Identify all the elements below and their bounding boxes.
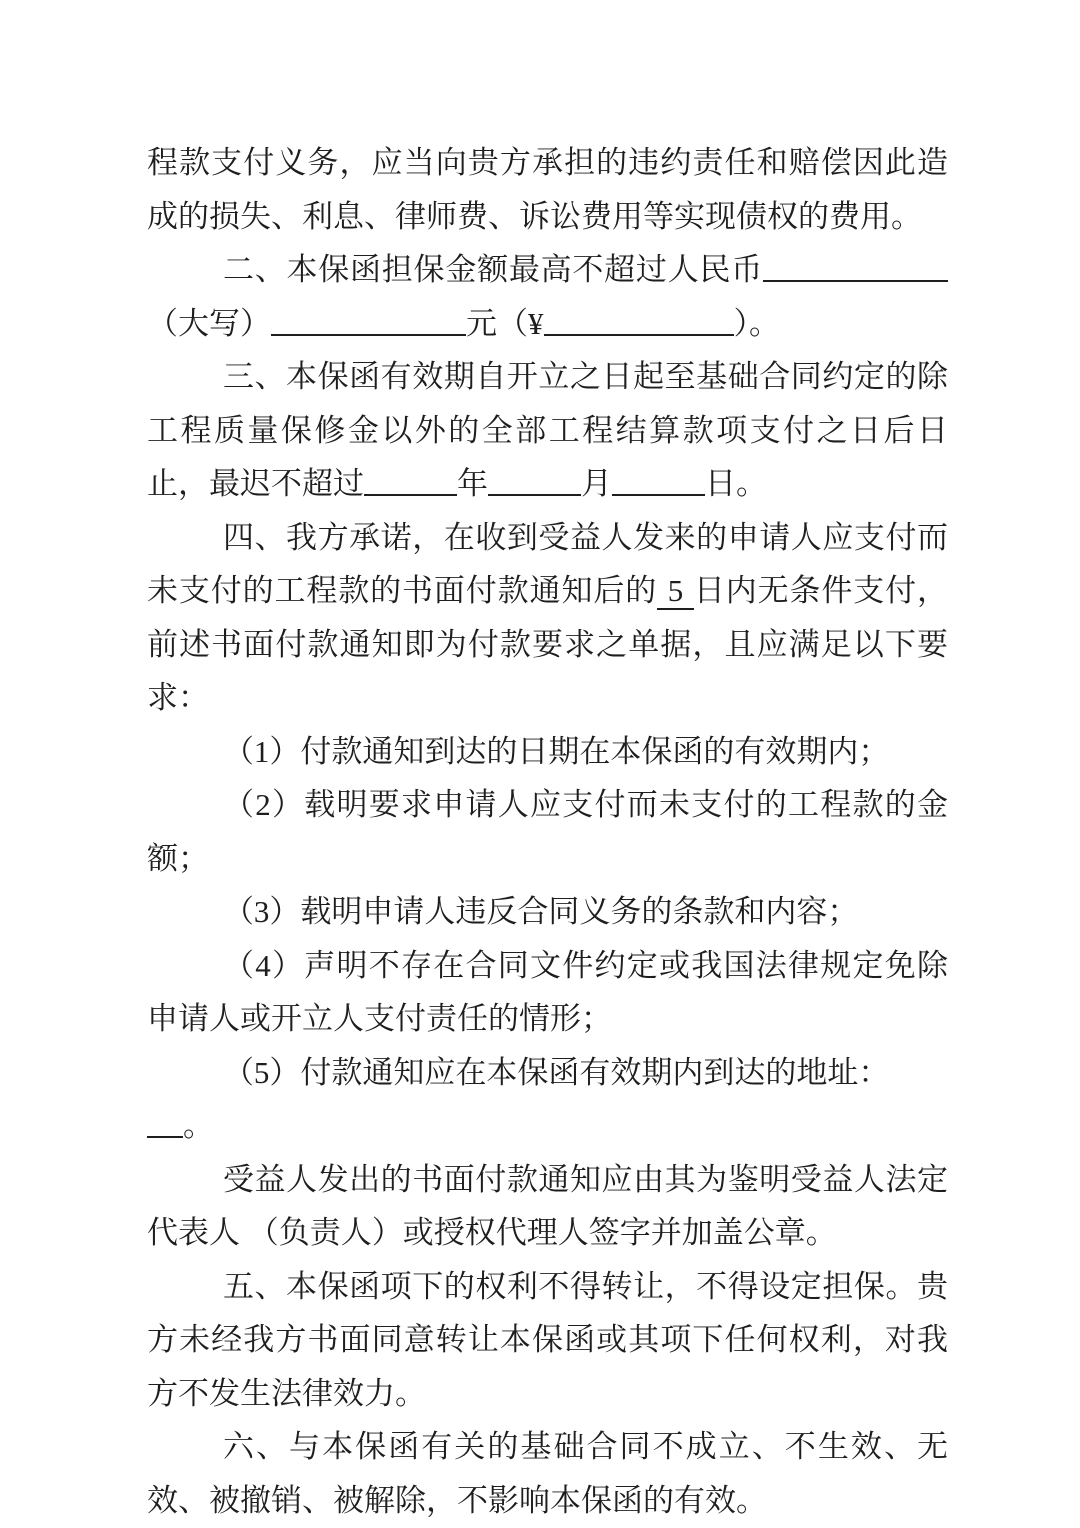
- paragraph-text: 。: [183, 1108, 214, 1143]
- paragraph-text: 六、与本保函有关的基础合同不成立、不生效、无效、被撤销、被解除，不影响本保函的有…: [147, 1429, 948, 1518]
- paragraph-text: （1）付款通知到达的日期在本保函的有效期内；: [223, 734, 890, 769]
- paragraph-text: （5）付款通知应在本保函有效期内到达的地址：: [223, 1055, 890, 1090]
- paragraph-text: 月: [581, 466, 612, 501]
- paragraph-text: 元（¥: [466, 306, 544, 341]
- fill-in-blank-underline: [763, 251, 948, 282]
- fill-in-blank-underline: [544, 304, 734, 335]
- para-clause-3-validity: 三、本保函有效期自开立之日起至基础合同约定的除工程质量保修金以外的全部工程结算款…: [147, 350, 948, 511]
- para-clause-6-validity-independent: 六、与本保函有关的基础合同不成立、不生效、无效、被撤销、被解除，不影响本保函的有…: [147, 1420, 948, 1527]
- para-item-1: （1）付款通知到达的日期在本保函的有效期内；: [147, 725, 948, 779]
- para-clause-2-amount: 二、本保函担保金额最高不超过人民币（大写）元（¥）。: [147, 243, 948, 350]
- para-item-5-address: （5）付款通知应在本保函有效期内到达的地址：。: [147, 1046, 948, 1153]
- paragraph-text: （2）载明要求申请人应支付而未支付的工程款的金额；: [147, 787, 948, 876]
- paragraph-text: 年: [457, 466, 488, 501]
- document-page: 程款支付义务，应当向贵方承担的违约责任和赔偿因此造成的损失、利息、律师费、诉讼费…: [0, 0, 1080, 1528]
- paragraph-text: 二、本保函担保金额最高不超过人民币: [223, 252, 763, 287]
- fill-in-blank-underline: [271, 304, 466, 335]
- underlined-value: 5: [657, 573, 694, 610]
- fill-in-blank-underline: [612, 465, 705, 496]
- paragraph-text: （大写）: [147, 306, 271, 341]
- para-clause-5-transfer: 五、本保函项下的权利不得转让，不得设定担保。贵方未经我方书面同意转让本保函或其项…: [147, 1260, 948, 1421]
- para-item-2: （2）载明要求申请人应支付而未支付的工程款的金额；: [147, 778, 948, 885]
- para-notice-signature: 受益人发出的书面付款通知应由其为鉴明受益人法定代表人 （负责人）或授权代理人签字…: [147, 1153, 948, 1260]
- fill-in-blank-underline: [147, 1107, 183, 1138]
- paragraph-text: ）。: [734, 306, 781, 341]
- paragraph-text: （3）载明申请人违反合同义务的条款和内容；: [223, 894, 859, 929]
- paragraph-text: （4）声明不存在合同文件约定或我国法律规定免除申请人或开立人支付责任的情形；: [147, 948, 948, 1037]
- paragraph-text: 受益人发出的书面付款通知应由其为鉴明受益人法定代表人 （负责人）或授权代理人签字…: [147, 1162, 948, 1251]
- para-clause-4-promise: 四、我方承诺，在收到受益人发来的申请人应支付而未支付的工程款的书面付款通知后的 …: [147, 511, 948, 725]
- para-item-3: （3）载明申请人违反合同义务的条款和内容；: [147, 885, 948, 939]
- fill-in-blank-underline: [488, 465, 581, 496]
- para-item-4: （4）声明不存在合同文件约定或我国法律规定免除申请人或开立人支付责任的情形；: [147, 939, 948, 1046]
- paragraph-text: 日。: [705, 466, 767, 501]
- para-continuation: 程款支付义务，应当向贵方承担的违约责任和赔偿因此造成的损失、利息、律师费、诉讼费…: [147, 136, 948, 243]
- paragraph-text: 五、本保函项下的权利不得转让，不得设定担保。贵方未经我方书面同意转让本保函或其项…: [147, 1269, 948, 1411]
- paragraph-text: 程款支付义务，应当向贵方承担的违约责任和赔偿因此造成的损失、利息、律师费、诉讼费…: [147, 145, 948, 234]
- document-body: 程款支付义务，应当向贵方承担的违约责任和赔偿因此造成的损失、利息、律师费、诉讼费…: [147, 136, 948, 1527]
- fill-in-blank-underline: [364, 465, 457, 496]
